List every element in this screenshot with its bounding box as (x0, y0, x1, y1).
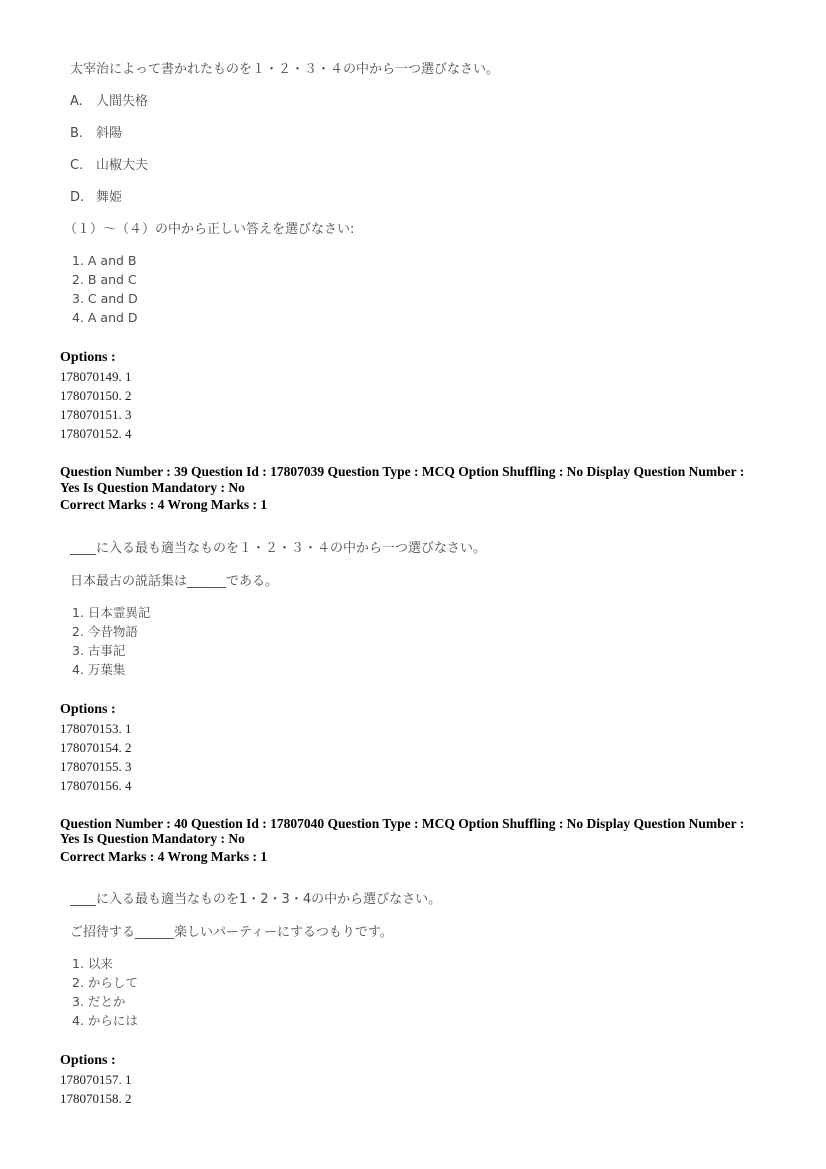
choice-row-c: C. 山椒大夫 (70, 158, 766, 174)
choice-row-a: A. 人間失格 (70, 94, 766, 110)
option-id-row: 178070149. 1 (60, 367, 766, 386)
mcq-option-4: 4. A and D (72, 308, 766, 327)
question-39-metadata: Question Number : 39 Question Id : 17807… (60, 464, 760, 495)
option-id-row: 178070150. 2 (60, 386, 766, 405)
question-39-option-ids: 178070153. 1 178070154. 2 178070155. 3 1… (60, 719, 766, 795)
mcq-option-2: 2. B and C (72, 270, 766, 289)
choice-text: 舞姫 (96, 190, 122, 206)
option-id-row: 178070152. 4 (60, 424, 766, 443)
option-id-row: 178070153. 1 (60, 719, 766, 738)
mcq-option-2: 2. からして (72, 973, 766, 992)
option-id-row: 178070156. 4 (60, 776, 766, 795)
choice-row-d: D. 舞姫 (70, 190, 766, 206)
option-id-row: 178070154. 2 (60, 738, 766, 757)
mcq-option-4: 4. 万葉集 (72, 660, 766, 679)
mcq-option-3: 3. 古事記 (72, 641, 766, 660)
mcq-option-3: 3. だとか (72, 992, 766, 1011)
question-38-block: 太宰治によって書かれたものを１・２・３・４の中から一つ選びなさい。 A. 人間失… (60, 62, 766, 443)
question-39-mcq-options: 1. 日本霊異記 2. 今昔物語 3. 古事記 4. 万葉集 (72, 603, 766, 679)
choice-label: D. (70, 190, 96, 206)
option-id-row: 178070157. 1 (60, 1070, 766, 1089)
question-40-block: Question Number : 40 Question Id : 17807… (60, 816, 766, 1109)
question-38-mcq-options: 1. A and B 2. B and C 3. C and D 4. A an… (72, 251, 766, 327)
choice-label: C. (70, 158, 96, 174)
options-heading: Options : (60, 1052, 766, 1070)
question-38-stem: 太宰治によって書かれたものを１・２・３・４の中から一つ選びなさい。 (70, 62, 766, 78)
question-40-mcq-options: 1. 以来 2. からして 3. だとか 4. からには (72, 954, 766, 1030)
choice-label: A. (70, 94, 96, 110)
choice-row-b: B. 斜陽 (70, 126, 766, 142)
mcq-option-1: 1. 以来 (72, 954, 766, 973)
question-39-block: Question Number : 39 Question Id : 17807… (60, 464, 766, 795)
exam-question-paper-page: 太宰治によって書かれたものを１・２・３・４の中から一つ選びなさい。 A. 人間失… (0, 0, 826, 1169)
options-heading: Options : (60, 701, 766, 719)
mcq-option-1: 1. 日本霊異記 (72, 603, 766, 622)
question-39-stem-2: 日本最古の説話集は______である。 (70, 574, 766, 590)
option-id-row: 178070151. 3 (60, 405, 766, 424)
mcq-option-2: 2. 今昔物語 (72, 622, 766, 641)
options-heading: Options : (60, 349, 766, 367)
mcq-option-3: 3. C and D (72, 289, 766, 308)
question-39-stem-1: ____に入る最も適当なものを１・２・３・４の中から一つ選びなさい。 (70, 541, 766, 557)
question-40-option-ids: 178070157. 1 178070158. 2 (60, 1070, 766, 1108)
choice-text: 山椒大夫 (96, 158, 148, 174)
mcq-option-1: 1. A and B (72, 251, 766, 270)
mcq-option-4: 4. からには (72, 1011, 766, 1030)
choice-text: 人間失格 (96, 94, 148, 110)
question-40-stem-1: ____に入る最も適当なものを1・2・3・4の中から選びなさい。 (70, 892, 766, 908)
question-38-instruction: （１）～（４）の中から正しい答えを選びなさい: (64, 222, 766, 238)
question-38-option-ids: 178070149. 1 178070150. 2 178070151. 3 1… (60, 367, 766, 443)
choice-text: 斜陽 (96, 126, 122, 142)
option-id-row: 178070155. 3 (60, 757, 766, 776)
choice-label: B. (70, 126, 96, 142)
option-id-row: 178070158. 2 (60, 1089, 766, 1108)
question-40-metadata: Question Number : 40 Question Id : 17807… (60, 816, 760, 847)
question-40-marks: Correct Marks : 4 Wrong Marks : 1 (60, 849, 766, 865)
question-39-marks: Correct Marks : 4 Wrong Marks : 1 (60, 497, 766, 513)
question-40-stem-2: ご招待する______楽しいパーティーにするつもりです。 (70, 925, 766, 941)
